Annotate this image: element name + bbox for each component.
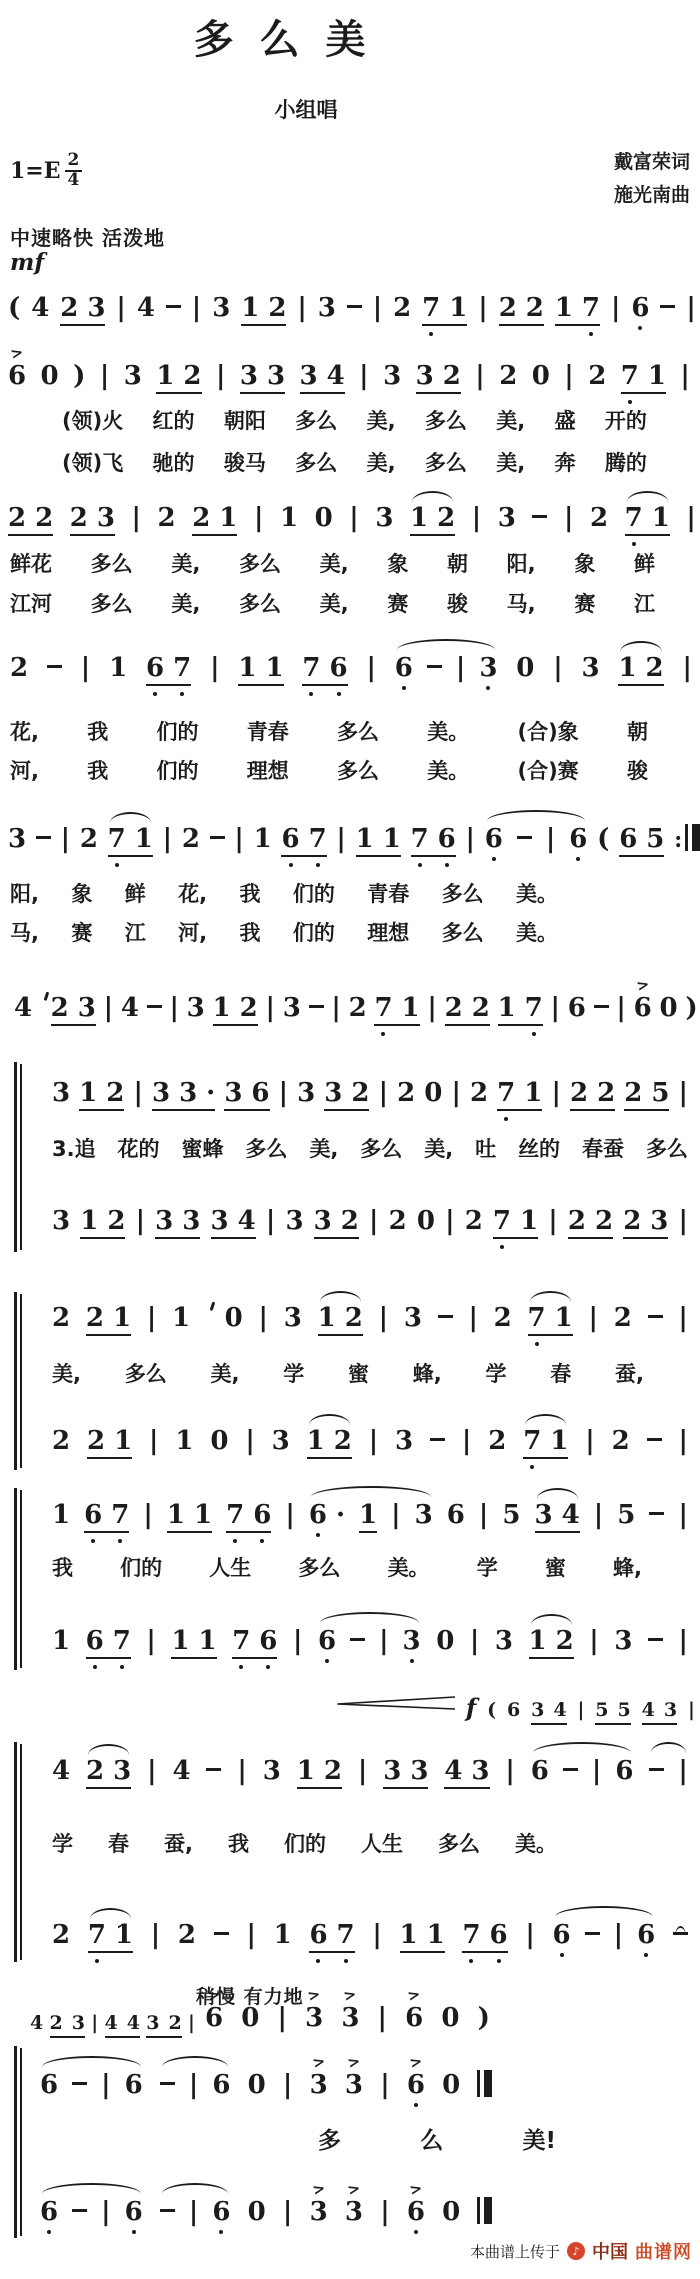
note-token: 3 [383, 363, 401, 389]
note-token: 2 [470, 1080, 488, 1106]
note-token: 6 [531, 1758, 549, 1784]
accent-mark: > [311, 2181, 327, 2199]
note-digit: 3 [211, 1208, 229, 1234]
note-digit: 1 [400, 1922, 418, 1948]
note-token: 2 [588, 363, 606, 389]
note-digit: 0 [436, 1628, 454, 1654]
lyric-syllable: 多么 [337, 716, 379, 746]
note-digit: 3 [283, 995, 301, 1021]
note-digit: 3 [395, 1428, 413, 1454]
notation-line: f(634|5543| [335, 1693, 695, 1725]
note-digit: 3 [416, 363, 434, 389]
note-token: 76 [411, 826, 456, 857]
lyric-syllable: 多么 [245, 1133, 287, 1163]
note-digit: 2 [588, 363, 606, 389]
barline: | [679, 1206, 688, 1236]
low-octave-dot [628, 400, 632, 404]
note-token: 6> [8, 363, 26, 389]
note-digit: 6 [281, 826, 299, 852]
lyric-syllable: 红的 [153, 405, 195, 435]
note-token: 0 [241, 2005, 259, 2031]
lyric-syllable: 丝的 [518, 1133, 560, 1163]
note-token: 55 [595, 1701, 630, 1725]
low-octave-dot [500, 1245, 504, 1249]
note-digit: 1 [280, 505, 298, 531]
note-digit: 7 [497, 1080, 515, 1106]
lyric-syllable: 蜂, [413, 1358, 442, 1388]
voice-bracket [14, 1488, 23, 1670]
note-token: 6 [318, 1628, 336, 1654]
slur-group: 71 [88, 1922, 133, 1953]
lyric-syllable: 多么 [295, 405, 337, 435]
note-token: 3 [284, 1305, 302, 1331]
lyric-line: 花,我们的青春多么美。(合)象朝 [10, 716, 648, 746]
accent-mark: > [9, 345, 25, 363]
barline: | [372, 1920, 381, 1950]
note-token: 3> [310, 2199, 328, 2225]
slur-group: 12 [618, 655, 663, 686]
low-octave-dot [560, 1953, 564, 1957]
lyricist-credit: 戴富荣词 [614, 146, 690, 179]
note-token: 4 [137, 295, 155, 321]
tie-slur-group: 6·1|3 [309, 1500, 433, 1533]
tie-slur-group: |6 [160, 2070, 231, 2100]
note-digit: 1 [219, 505, 237, 531]
low-octave-dot [337, 692, 341, 696]
site-name-rest: 曲谱网 [635, 2238, 692, 2264]
note-digit: 0 [441, 2005, 459, 2031]
low-octave-dot [344, 1959, 348, 1963]
note-digit: 2 [106, 1080, 124, 1106]
low-octave-dot [289, 863, 293, 867]
note-digit: 6 [253, 1502, 271, 1528]
barline: | [466, 824, 475, 854]
barline: | [133, 1078, 142, 1108]
lyric-syllable: 多么 [91, 588, 133, 618]
low-octave-dot [120, 1665, 124, 1669]
note-digit: 4 [444, 1758, 462, 1784]
note-token: 6 [125, 2072, 143, 2098]
dash-note [673, 1932, 688, 1935]
barline: | [100, 361, 109, 391]
note-token: 71 [621, 363, 666, 394]
note-token: 34 [535, 1502, 580, 1533]
note-digit: 2 [87, 1428, 105, 1454]
note-token: 0 [41, 363, 59, 389]
note-token: 3 [52, 1080, 70, 1106]
lyric-syllable: 花的 [118, 1133, 160, 1163]
note-digit: 3 [404, 1305, 422, 1331]
lyric-syllable: 多么 [360, 1133, 402, 1163]
barline: | [279, 1078, 288, 1108]
note-digit: 2 [35, 505, 53, 531]
note-digit: 1 [52, 1628, 70, 1654]
note-digit: 2 [86, 1758, 104, 1784]
note-digit: 1 [265, 655, 283, 681]
barline: | [189, 2197, 198, 2227]
lyric-syllable: 美, [320, 548, 349, 578]
barline: | [359, 361, 368, 391]
barline: | [61, 824, 70, 854]
note-token: 3 [52, 1208, 70, 1234]
final-barline [477, 2193, 492, 2227]
barline: | [380, 2070, 389, 2100]
note-token: 2 [52, 1305, 70, 1331]
note-digit: 7 [411, 826, 429, 852]
final-barline-thick [484, 2197, 492, 2224]
barline: | [378, 2003, 387, 2033]
lyric-syllable: 美, [171, 548, 200, 578]
lyric-syllable: 美。 [515, 1828, 557, 1858]
lyric-syllable: (领)飞 [62, 447, 123, 477]
note-digit: 3 [52, 1080, 70, 1106]
barline: | [101, 2070, 110, 2100]
note-digit: 2 [351, 1080, 369, 1106]
note-digit: 6 [569, 826, 587, 852]
tie-slur-group: 6|3 [318, 1626, 421, 1656]
parenthesis: ) [685, 993, 697, 1023]
note-token: 76 [226, 1502, 271, 1533]
low-octave-dot [233, 1539, 237, 1543]
note-token: 4 [121, 995, 139, 1021]
note-digit: 6 [212, 2199, 230, 2225]
note-token: 6 [568, 995, 586, 1021]
repeat-thick-bar [692, 824, 700, 851]
note-digit: 2 [107, 1208, 125, 1234]
dash-note [585, 1932, 600, 1935]
performance-type: 小组唱 [0, 94, 612, 124]
lyric-syllable: 美, [210, 1358, 239, 1388]
note-token: 6 [631, 295, 649, 321]
lyric-syllable: 学 [485, 1358, 506, 1388]
note-digit: 2 [590, 505, 608, 531]
note-token: 36 [224, 1080, 269, 1111]
note-token: 6> [405, 2005, 423, 2031]
note-token: 3 [8, 826, 26, 852]
lyric-syllable: 多 [318, 2122, 341, 2155]
note-digit: 6 [631, 295, 649, 321]
lyric-syllable: 骏马 [224, 447, 266, 477]
tie-slur-group: 6|6 [40, 2197, 143, 2227]
slur-group: 71 [528, 1305, 573, 1336]
note-token: 5 [502, 1502, 520, 1528]
note-digit: 2 [268, 295, 286, 321]
lyric-syllable: 奔 [555, 447, 576, 477]
note-token: 4 [31, 295, 49, 321]
barline: | [149, 1426, 158, 1456]
note-token: 6> [407, 2072, 425, 2098]
barline: | [577, 1699, 584, 1721]
note-digit: 7 [111, 1502, 129, 1528]
note-digit: 1 [113, 1305, 131, 1331]
note-digit: 3 [535, 1502, 553, 1528]
note-token: 3 [495, 1628, 513, 1654]
lyric-syllable: 3.追 [52, 1133, 96, 1163]
note-digit: 6 [212, 2072, 230, 2098]
barline: | [478, 293, 487, 323]
note-digit: 2 [612, 1428, 630, 1454]
note-digit: 3 [72, 2014, 85, 2033]
barline: | [680, 361, 689, 391]
note-digit: 1 [241, 295, 259, 321]
note-digit: 5 [617, 1502, 635, 1528]
voice-bracket [14, 1292, 23, 1470]
lyric-syllable: 花, [10, 716, 39, 746]
note-token: 71 [497, 1080, 542, 1111]
barline: | [169, 993, 178, 1023]
barline: | [259, 1303, 268, 1333]
low-octave-dot [316, 1959, 320, 1963]
note-digit: 4 [31, 295, 49, 321]
barline: | [146, 1626, 155, 1656]
note-token: 2 [52, 1428, 70, 1454]
note-token: 4 [172, 1758, 190, 1784]
note-digit: 1 [555, 295, 573, 321]
note-digit: 3 [78, 995, 96, 1021]
note-digit: 1 [652, 505, 670, 531]
note-digit: 3 [664, 1701, 677, 1720]
dash-note [517, 836, 532, 839]
note-digit: 1 [115, 1922, 133, 1948]
note-digit: 6 [553, 1922, 571, 1948]
credits: 戴富荣词 施光南曲 [614, 146, 690, 213]
note-digit: 3 [498, 505, 516, 531]
note-token: 22 [499, 295, 544, 326]
note-digit: 3> [341, 2005, 359, 2031]
note-token: 71 [374, 995, 419, 1026]
note-digit: 3 [415, 1502, 433, 1528]
lyric-syllable: 美, [171, 588, 200, 618]
note-token: 3 [582, 655, 600, 681]
note-token: 1 [274, 1922, 292, 1948]
lyric-syllable: 蚕, [615, 1358, 644, 1388]
lyric-syllable: 花, [178, 878, 207, 908]
lyric-syllable: 们的 [293, 878, 335, 908]
note-digit: 1 [254, 826, 272, 852]
note-digit: 3 [314, 1208, 332, 1234]
note-token: 23 [623, 1208, 668, 1239]
lyric-line: 鲜花多么美,多么美,象朝阳,象鲜 [10, 548, 655, 578]
note-token: 11 [167, 1502, 212, 1533]
note-token: 12 [307, 1428, 352, 1459]
lyric-syllable: 盛 [555, 405, 576, 435]
note-digit: 3 [52, 1208, 70, 1234]
note-token: 71 [108, 826, 153, 857]
lyric-syllable: 多么 [239, 548, 281, 578]
note-digit: 3> [310, 2072, 328, 2098]
note-token: 32 [314, 1208, 359, 1239]
slur-group: 34 [535, 1502, 580, 1533]
dash-note [309, 1005, 324, 1008]
note-token: 21 [87, 1428, 132, 1459]
note-digit: 3 [187, 995, 205, 1021]
note-digit: 2 [597, 1080, 615, 1106]
lyric-syllable: 马, [507, 588, 536, 618]
note-digit: 4 [14, 995, 32, 1021]
barline: | [564, 503, 573, 533]
lyric-syllable: 鲜 [125, 878, 146, 908]
note-digit: 0 [532, 363, 550, 389]
note-digit: 2 [182, 826, 200, 852]
note-digit: 4 [105, 2014, 118, 2033]
lyric-syllable: 春 [108, 1828, 129, 1858]
note-digit: 6 [259, 1628, 277, 1654]
accent-mark: > [408, 2181, 424, 2199]
note-digit: 1 [383, 826, 401, 852]
note-digit: 2 [51, 995, 69, 1021]
low-octave-dot [309, 692, 313, 696]
note-digit: 6> [8, 363, 26, 389]
lyric-syllable: 阳, [507, 548, 536, 578]
augmentation-dot: · [206, 1080, 215, 1106]
dash-note [347, 305, 362, 308]
low-octave-dot [132, 2230, 136, 2234]
note-digit: 3 [324, 1080, 342, 1106]
composer-credit: 施光南曲 [614, 179, 690, 212]
accent-mark: > [342, 1987, 358, 2005]
note-digit: 3 [297, 1080, 315, 1106]
low-octave-dot [239, 1665, 243, 1669]
accent-mark: > [346, 2054, 362, 2072]
note-digit: 6 [318, 1628, 336, 1654]
note-digit: 2 [10, 655, 28, 681]
note-token: 6 [395, 655, 413, 681]
lyric-syllable: 多么 [337, 755, 379, 785]
note-digit: 0 [442, 2072, 460, 2098]
barline: | [611, 293, 620, 323]
dash-note [47, 665, 62, 668]
lyric-syllable: 多么 [295, 447, 337, 477]
lyric-line: 江河多么美,多么美,赛骏马,赛江 [10, 588, 655, 618]
barline: | [380, 2197, 389, 2227]
note-digit: 3 [471, 1758, 489, 1784]
lyric-syllable: 我 [228, 1828, 249, 1858]
note-token: 2 [52, 1922, 70, 1948]
note-token: 67 [86, 1628, 131, 1659]
note-token: 3> [305, 2005, 323, 2031]
note-digit: 3 [300, 363, 318, 389]
note-token: 71 [625, 505, 670, 536]
slur-group: 71 [523, 1428, 568, 1459]
lyric-line: 3.追花的蜜蜂多么美,多么美,吐丝的春蚕多么 [52, 1133, 688, 1163]
accent-mark: > [306, 1987, 322, 2005]
note-token: 12 [618, 655, 663, 686]
low-octave-dot [153, 692, 157, 696]
note-digit: 1 [356, 826, 374, 852]
lyric-line: 马,赛江河,我们的理想多么美。 [10, 917, 558, 947]
note-token: 6 [553, 1922, 571, 1948]
note-digit: 0 [241, 2005, 259, 2031]
note-token: 0 [516, 655, 534, 681]
note-token: 3 [297, 1080, 315, 1106]
note-token: 21 [86, 1305, 131, 1336]
note-token: 17 [498, 995, 543, 1026]
tempo-marking: 中速略快 活泼地 [10, 222, 165, 251]
barline: | [147, 1756, 156, 1786]
note-token: 3 [415, 1502, 433, 1528]
lyric-syllable: 学 [52, 1828, 73, 1858]
lyric-line: 美,多么美,学蜜蜂,学春蚕, [52, 1358, 644, 1388]
note-digit: 5 [651, 1080, 669, 1106]
dash-note [648, 1315, 663, 1318]
lyric-syllable: 赛 [71, 917, 92, 947]
note-digit: 2 [389, 1208, 407, 1234]
note-token: 0 [532, 363, 550, 389]
barline: | [688, 1699, 695, 1721]
barline: | [358, 1756, 367, 1786]
dash-note [160, 2209, 175, 2212]
low-octave-dot [410, 1659, 414, 1663]
note-token: 6 [507, 1701, 520, 1720]
note-digit: 7 [302, 655, 320, 681]
note-token: 33 [383, 1758, 428, 1789]
lyric-syllable: 美, [424, 1133, 453, 1163]
note-digit: 1 [410, 505, 428, 531]
lyric-syllable: 河, [178, 917, 207, 947]
note-digit: 1 [427, 1922, 445, 1948]
lyric-syllable: 腾的 [605, 447, 647, 477]
note-digit: 2 [499, 363, 517, 389]
parenthesis: ( [487, 1699, 496, 1721]
note-digit: 3 [318, 295, 336, 321]
lyric-syllable: 江 [634, 588, 655, 618]
note-token: 6 [40, 2199, 58, 2225]
note-digit: 3 [383, 363, 401, 389]
barline: | [472, 503, 481, 533]
low-octave-dot [316, 1533, 320, 1537]
lyric-syllable: 我 [87, 716, 108, 746]
note-token: 67 [309, 1922, 354, 1953]
dash-note [427, 665, 442, 668]
note-digit: 3 [495, 1628, 513, 1654]
voice-bracket [14, 1062, 23, 1252]
barline: | [283, 2197, 292, 2227]
note-token: 12 [297, 1758, 342, 1789]
lyric-syllable: 多么 [125, 1358, 167, 1388]
note-digit: 1 [194, 1502, 212, 1528]
lyric-syllable: 美, [367, 405, 396, 435]
notation-line: 6|6|60|3>3>|6>0 [40, 2066, 492, 2100]
note-token: 3 [318, 295, 336, 321]
low-octave-dot [316, 863, 320, 867]
note-token: 3 [395, 1428, 413, 1454]
note-token: 11 [400, 1922, 445, 1953]
note-digit: 6 [615, 1758, 633, 1784]
lyric-syllable: 们的 [284, 1828, 326, 1858]
barline: | [246, 1920, 255, 1950]
barline: | [265, 993, 274, 1023]
note-digit: 3> [345, 2199, 363, 2225]
note-digit: 4 [642, 1701, 655, 1720]
lyric-syllable: 多么 [91, 548, 133, 578]
note-digit: 7 [422, 295, 440, 321]
low-octave-dot [266, 1665, 270, 1669]
note-digit: 1 [297, 1758, 315, 1784]
barline: | [682, 653, 691, 683]
dash-note [160, 2082, 175, 2085]
note-digit: 2 [624, 1080, 642, 1106]
dash-note [648, 1638, 663, 1641]
notation-line: 2|167|1176|6|30|312| [10, 653, 692, 686]
note-digit: 2 [80, 826, 98, 852]
note-token: 6 [485, 826, 503, 852]
note-token: 12 [241, 295, 286, 326]
note-digit: 5 [646, 826, 664, 852]
tie-slur-group: 6|6 [40, 2070, 143, 2100]
note-token: 6> [205, 2005, 223, 2031]
note-token: 2 [465, 1208, 483, 1234]
note-digit: 4 [137, 295, 155, 321]
